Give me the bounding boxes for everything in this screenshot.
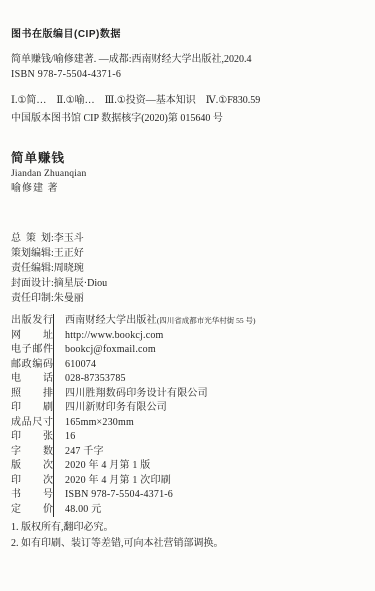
pub-label: 成品尺寸 [11, 416, 53, 431]
pub-value: bookcj@foxmail.com [53, 343, 156, 358]
notices-block: 1. 版权所有,翻印必究。 2. 如有印刷、装订等差错,可向本社营销部调换。 [11, 520, 361, 551]
cip-block: 图书在版编目(CIP)数据 简单赚钱/喻修建著. —成都:西南财经大学出版社,2… [11, 28, 361, 125]
pub-row-impression: 印次2020 年 4 月第 1 次印刷 [11, 474, 361, 489]
credit-value: 王正好 [54, 248, 84, 259]
credit-row-chief-planner: 总策划:李玉斗 [11, 231, 361, 246]
exchange-notice: 2. 如有印刷、装订等差错,可向本社营销部调换。 [11, 536, 361, 552]
pub-label: 邮政编码 [11, 358, 53, 373]
credit-value: 周晓琬 [54, 263, 84, 274]
pub-value: 2020 年 4 月第 1 次印刷 [53, 474, 171, 489]
book-title: 简单赚钱 [11, 151, 361, 165]
credit-row-cover-design: 封面设计:摘星辰·Diou [11, 276, 361, 291]
pub-row-postcode: 邮政编码610074 [11, 358, 361, 373]
pub-label: 电子邮件 [11, 343, 53, 358]
pub-label: 版次 [11, 459, 53, 474]
publication-info-table: 出版发行西南财经大学出版社(四川省成都市光华村街 55 号) 网址http://… [11, 314, 361, 517]
pub-value: 028-87353785 [53, 372, 126, 387]
pub-label: 印次 [11, 474, 53, 489]
pub-label: 电话 [11, 372, 53, 387]
pub-label: 出版发行 [11, 314, 53, 329]
pub-value: 16 [53, 430, 75, 445]
pub-value: ISBN 978-7-5504-4371-6 [53, 488, 173, 503]
publisher-address: (四川省成都市光华村街 55 号) [157, 316, 256, 325]
pub-label: 印刷 [11, 401, 53, 416]
pub-row-printing: 印刷四川新财印务有限公司 [11, 401, 361, 416]
pub-value: 48.00 元 [53, 503, 101, 518]
pub-label: 印张 [11, 430, 53, 445]
credit-label: 总策划 [11, 231, 51, 246]
book-title-pinyin: Jiandan Zhuanqian [11, 169, 361, 180]
pub-row-phone: 电话028-87353785 [11, 372, 361, 387]
pub-row-website: 网址http://www.bookcj.com [11, 329, 361, 344]
pub-value: 247 千字 [53, 445, 104, 460]
pub-row-sheets: 印张16 [11, 430, 361, 445]
credit-label: 封面设计 [11, 276, 51, 291]
pub-value: 610074 [53, 358, 96, 373]
cip-record: 简单赚钱/喻修建著. —成都:西南财经大学出版社,2020.4 [11, 52, 361, 67]
credit-value: 李玉斗 [54, 233, 84, 244]
pub-label: 网址 [11, 329, 53, 344]
pub-row-size: 成品尺寸165mm×230mm [11, 416, 361, 431]
pub-row-edition: 版次2020 年 4 月第 1 版 [11, 459, 361, 474]
cip-registry-number: 中国版本图书馆 CIP 数据核字(2020)第 015640 号 [11, 112, 361, 125]
cip-header: 图书在版编目(CIP)数据 [11, 28, 361, 41]
credit-value: 朱曼丽 [54, 293, 84, 304]
pub-value: 四川新财印务有限公司 [53, 401, 167, 416]
pub-row-email: 电子邮件bookcj@foxmail.com [11, 343, 361, 358]
credit-value: 摘星辰·Diou [54, 278, 107, 289]
pub-value: 2020 年 4 月第 1 版 [53, 459, 151, 474]
credit-label: 策划编辑 [11, 246, 51, 261]
pub-row-typesetting: 照排四川胜翔数码印务设计有限公司 [11, 387, 361, 402]
pub-value: 四川胜翔数码印务设计有限公司 [53, 387, 208, 402]
book-author: 喻修建 著 [11, 183, 361, 195]
title-block: 简单赚钱 Jiandan Zhuanqian 喻修建 著 [11, 151, 361, 195]
credit-label: 责任印制 [11, 291, 51, 306]
credit-row-planning-editor: 策划编辑:王正好 [11, 246, 361, 261]
cip-isbn: ISBN 978-7-5504-4371-6 [11, 67, 361, 82]
credits-block: 总策划:李玉斗 策划编辑:王正好 责任编辑:周晓琬 封面设计:摘星辰·Diou … [11, 231, 361, 306]
cip-classification: Ⅰ.①简… Ⅱ.①喻… Ⅲ.①投资—基本知识 Ⅳ.①F830.59 [11, 94, 361, 107]
copyright-page: 图书在版编目(CIP)数据 简单赚钱/喻修建著. —成都:西南财经大学出版社,2… [0, 0, 375, 591]
pub-value: 西南财经大学出版社(四川省成都市光华村街 55 号) [53, 314, 256, 329]
credit-label: 责任编辑 [11, 261, 51, 276]
pub-row-isbn: 书号ISBN 978-7-5504-4371-6 [11, 488, 361, 503]
publisher-name: 西南财经大学出版社 [65, 315, 157, 326]
pub-row-wordcount: 字数247 千字 [11, 445, 361, 460]
pub-value: 165mm×230mm [53, 416, 134, 431]
pub-label: 字数 [11, 445, 53, 460]
pub-label: 书号 [11, 488, 53, 503]
pub-row-publisher: 出版发行西南财经大学出版社(四川省成都市光华村街 55 号) [11, 314, 361, 329]
credit-row-print-supervisor: 责任印制:朱曼丽 [11, 291, 361, 306]
pub-label: 照排 [11, 387, 53, 402]
pub-value: http://www.bookcj.com [53, 329, 164, 344]
credit-row-responsible-editor: 责任编辑:周晓琬 [11, 261, 361, 276]
pub-label: 定价 [11, 503, 53, 518]
pub-row-price: 定价48.00 元 [11, 503, 361, 518]
copyright-notice: 1. 版权所有,翻印必究。 [11, 520, 361, 536]
